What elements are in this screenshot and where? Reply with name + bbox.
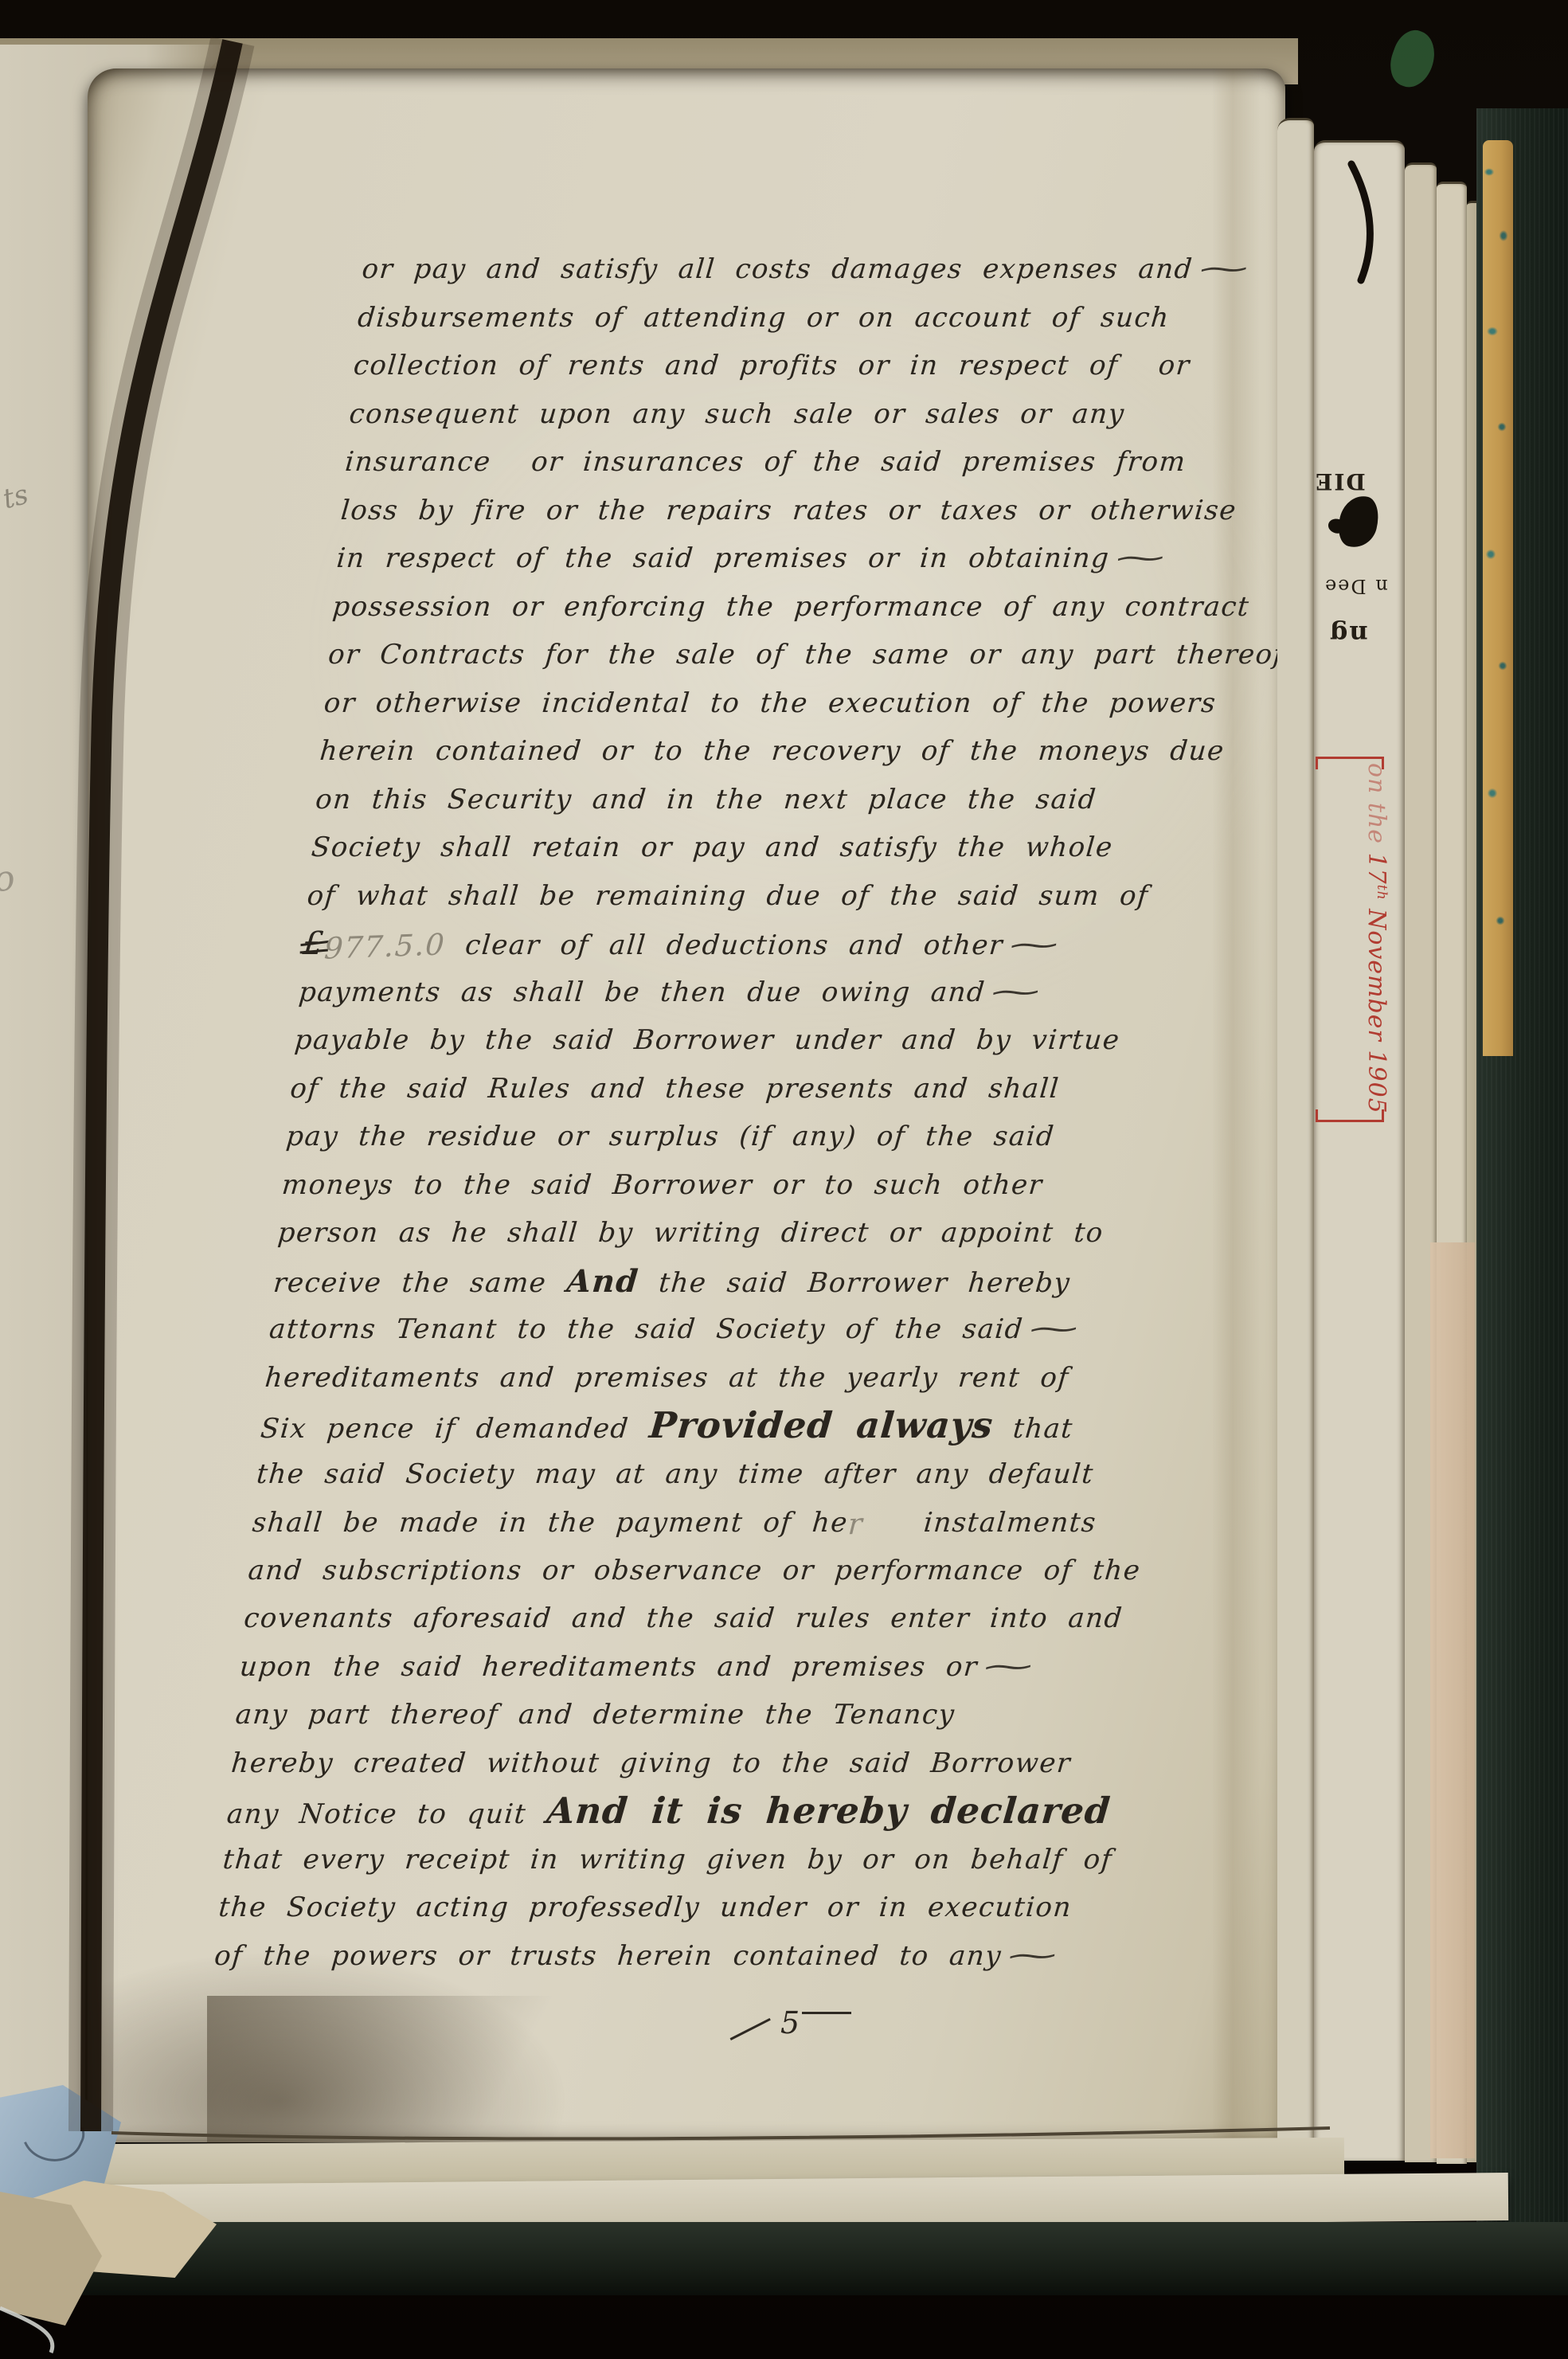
handwritten-line: attorns Tenant to the said Society of th…	[268, 1305, 1259, 1354]
handwritten-line: upon the said hereditaments and premises…	[237, 1643, 1229, 1692]
book-cover-bottom-edge	[0, 2222, 1568, 2295]
ink-text: on this Security and in the next place t…	[315, 784, 1098, 816]
handwritten-line: loss by fire or the repairs rates or tax…	[339, 487, 1331, 535]
margin-note-segment: th	[1374, 885, 1390, 901]
ink-text: herein contained or to the recovery of t…	[319, 735, 1226, 767]
upside-down-printed-text: ng	[1328, 620, 1368, 650]
ink-text: insurance or insurances of the said prem…	[344, 446, 1187, 478]
handwritten-line: possession or enforcing the performance …	[330, 583, 1322, 632]
page-edge-strip	[1314, 140, 1405, 2161]
ink-text: ~	[1002, 921, 1068, 970]
ink-text: upon the said hereditaments and premises…	[238, 1651, 999, 1683]
red-bracket-bottom	[1316, 1109, 1384, 1122]
ink-text: and subscriptions or observance or perfo…	[247, 1555, 1142, 1586]
ink-text: that	[991, 1413, 1074, 1445]
handwritten-line: moneys to the said Borrower or to such o…	[280, 1161, 1271, 1210]
ink-text: that every receipt in writing given by o…	[221, 1844, 1114, 1876]
ink-text: the Society acting professedly under or …	[217, 1892, 1073, 1923]
ink-text: Society shall retain or pay and satisfy …	[310, 831, 1114, 863]
handwriting-lines: or pay and satisfy all costs damages exp…	[213, 245, 1352, 1980]
ink-text: ~	[1001, 1932, 1067, 1981]
margin-note-segment: November 1905	[1363, 901, 1390, 1114]
handwritten-line: that every receipt in writing given by o…	[221, 1836, 1212, 1884]
handwritten-line: or Contracts for the sale of the same or…	[327, 631, 1318, 679]
ink-text: covenants aforesaid and the said rules e…	[243, 1602, 1124, 1634]
emphasized-text: Provided always	[647, 1404, 995, 1446]
page-number-flourish	[802, 2012, 851, 2014]
upside-down-printed-text: n Dee	[1324, 575, 1388, 597]
upside-down-printed-text: DIE	[1314, 468, 1366, 495]
ink-text: the said Society may at any time after a…	[256, 1458, 1096, 1490]
handwritten-line: hereditaments and premises at the yearly…	[263, 1354, 1254, 1402]
handwritten-line: any part thereof and determine the Tenan…	[233, 1691, 1225, 1739]
handwritten-line: receive the same And the said Borrower h…	[272, 1258, 1263, 1306]
cover-glossy-highlight	[1383, 25, 1441, 92]
photographed-document-scene: ts o or pay and satisfy all costs damage…	[0, 0, 1568, 2359]
ink-text: clear of all deductions and other	[444, 929, 1025, 961]
handwritten-line: of the powers or trusts herein contained…	[213, 1932, 1204, 1981]
handwritten-line: £977.5.0 clear of all deductions and oth…	[301, 920, 1292, 968]
handwritten-line: pay the residue or surplus (if any) of t…	[284, 1113, 1276, 1161]
handwritten-line: payments as shall be then due owing and …	[297, 968, 1288, 1017]
ink-text: ~	[1109, 534, 1175, 583]
handwritten-line: Six pence if demanded Provided always th…	[259, 1402, 1250, 1450]
handwritten-line: collection of rents and profits or in re…	[351, 342, 1343, 390]
handwritten-line: or otherwise incidental to the execution…	[322, 679, 1313, 728]
handwritten-line: of what shall be remaining due of the sa…	[305, 872, 1296, 921]
handwritten-line: and subscriptions or observance or perfo…	[246, 1547, 1238, 1595]
ink-text: disbursements of attending or on account…	[357, 302, 1171, 334]
ink-text: ~	[1192, 245, 1258, 294]
ink-text: or otherwise incidental to the execution…	[323, 687, 1218, 719]
ink-text: ~	[976, 1643, 1042, 1692]
ink-text: any part thereof and determine the Tenan…	[234, 1699, 956, 1731]
margin-note-segment: on the	[1363, 763, 1390, 853]
margin-note-segment: 17	[1363, 853, 1390, 885]
handwritten-line: person as he shall by writing direct or …	[276, 1209, 1267, 1258]
handwritten-line: the Society acting professedly under or …	[217, 1884, 1208, 1932]
ink-text: or Contracts for the sale of the same or…	[327, 639, 1286, 671]
ink-text: the said Borrower hereby	[637, 1267, 1072, 1299]
ink-text: of the powers or trusts herein contained…	[213, 1940, 1023, 1972]
ink-text: instalments	[862, 1507, 1097, 1539]
ink-text: hereby created without giving to the sai…	[230, 1747, 1073, 1779]
pencil-text: r	[847, 1500, 864, 1549]
handwritten-line: herein contained or to the recovery of t…	[318, 727, 1309, 776]
ink-text: consequent upon any such sale or sales o…	[348, 398, 1126, 430]
handwritten-line: payable by the said Borrower under and b…	[292, 1016, 1284, 1065]
handwritten-line: Society shall retain or pay and satisfy …	[309, 823, 1300, 872]
page-number-flourish	[730, 2018, 771, 2040]
ink-text: or pay and satisfy all costs damages exp…	[361, 253, 1214, 285]
handwritten-line: covenants aforesaid and the said rules e…	[242, 1594, 1234, 1643]
handwritten-line: shall be made in the payment of her inst…	[250, 1498, 1241, 1547]
ink-text: payable by the said Borrower under and b…	[293, 1024, 1121, 1056]
ink-text: moneys to the said Borrower or to such o…	[280, 1169, 1044, 1201]
handwritten-line: insurance or insurances of the said prem…	[343, 438, 1335, 487]
ink-text: loss by fire or the repairs rates or tax…	[339, 495, 1238, 526]
ink-text: payments as shall be then due owing and	[298, 976, 1007, 1008]
emphasized-text: And	[565, 1263, 640, 1300]
ink-text: possession or enforcing the performance …	[331, 591, 1251, 623]
ink-text: ~	[984, 968, 1050, 1017]
ink-text: of the said Rules and these presents and…	[289, 1073, 1061, 1105]
ink-text: person as he shall by writing direct or …	[276, 1217, 1105, 1249]
ink-text: in respect of the said premises or in ob…	[335, 542, 1131, 574]
handwritten-line: the said Society may at any time after a…	[255, 1450, 1246, 1499]
handwritten-line: on this Security and in the next place t…	[314, 776, 1305, 824]
handwritten-line: consequent upon any such sale or sales o…	[347, 390, 1339, 439]
ink-text: ~	[1023, 1305, 1089, 1354]
ink-text: shall be made in the payment of he	[251, 1507, 849, 1539]
margin-note-date: on the 17th November 1905	[1354, 763, 1390, 1112]
page-number: 5	[729, 2005, 851, 2040]
marbled-paper-edge	[1483, 140, 1513, 1056]
ink-text: Six pence if demanded	[260, 1413, 651, 1445]
ink-text: pay the residue or surplus (if any) of t…	[285, 1121, 1056, 1152]
handwritten-line: or pay and satisfy all costs damages exp…	[360, 245, 1351, 294]
page-edge-strip-pink	[1430, 1242, 1475, 2158]
showthrough-handwriting-fragment: o	[0, 857, 18, 900]
handwritten-line: disbursements of attending or on account…	[356, 294, 1347, 342]
emphasized-text: And it is hereby declared	[545, 1790, 1112, 1832]
manuscript-page: or pay and satisfy all costs damages exp…	[88, 68, 1285, 2142]
handwritten-line: hereby created without giving to the sai…	[229, 1739, 1221, 1788]
ink-text: collection of rents and profits or in re…	[352, 350, 1191, 381]
ink-text: attorns Tenant to the said Society of th…	[268, 1313, 1045, 1345]
handwritten-line: in respect of the said premises or in ob…	[334, 534, 1326, 583]
ink-text: any Notice to quit	[225, 1798, 548, 1830]
pencil-text: 977.5.0	[323, 921, 446, 973]
showthrough-handwriting-fragment: ts	[0, 479, 32, 515]
handwritten-line: of the said Rules and these presents and…	[288, 1065, 1280, 1113]
ink-text: of what shall be remaining due of the sa…	[306, 880, 1150, 912]
handwritten-line: any Notice to quit And it is hereby decl…	[225, 1787, 1217, 1836]
ink-text: hereditaments and premises at the yearly…	[264, 1362, 1070, 1394]
ink-text: receive the same	[272, 1267, 569, 1299]
page-number-value: 5	[780, 2005, 800, 2040]
page-edge-strip	[1277, 118, 1314, 2159]
